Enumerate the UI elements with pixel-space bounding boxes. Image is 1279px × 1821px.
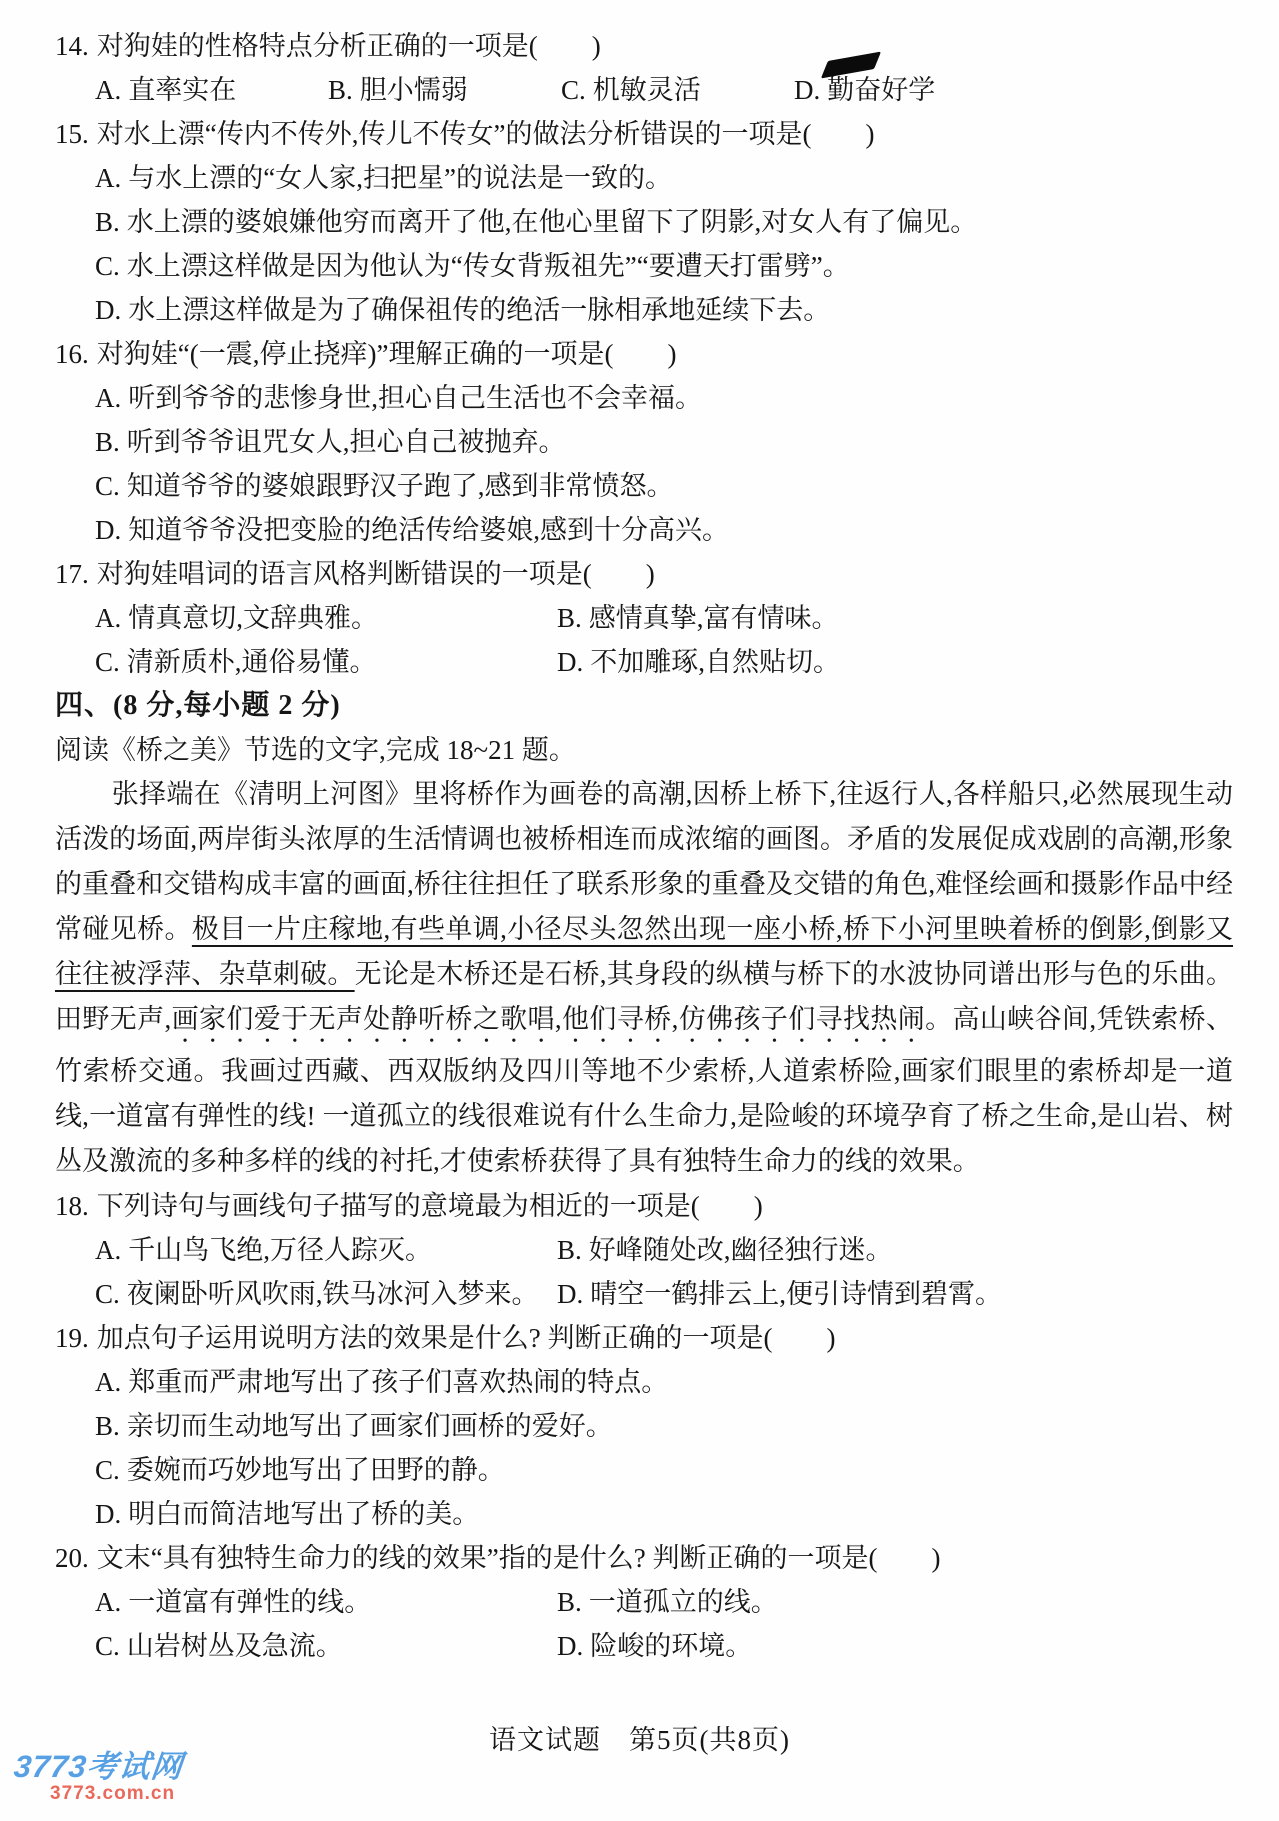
question-stem-line: 14.对狗娃的性格特点分析正确的一项是( ) <box>55 24 1233 68</box>
option-text: 知道爷爷的婆娘跟野汉子跑了,感到非常愤怒。 <box>127 471 674 501</box>
option-label: B. <box>328 75 353 105</box>
option-text: 水上漂的婆娘嫌他穷而离开了他,在他心里留下了阴影,对女人有了偏见。 <box>127 207 978 237</box>
options-19: A.郑重而严肃地写出了孩子们喜欢热闹的特点。B.亲切而生动地写出了画家们画桥的爱… <box>55 1360 1233 1536</box>
option-label: A. <box>95 75 121 105</box>
option-14-D: D.勤奋好学 <box>794 68 1233 112</box>
option-18-D: D.晴空一鹤排云上,便引诗情到碧霄。 <box>557 1272 1233 1316</box>
option-20-C: C.山岩树丛及急流。 <box>95 1624 557 1668</box>
question-number: 19. <box>55 1323 89 1353</box>
option-label: B. <box>95 1411 120 1441</box>
option-label: C. <box>95 471 120 501</box>
question-stem-line: 17.对狗娃唱词的语言风格判断错误的一项是( ) <box>55 552 1233 596</box>
watermark-3773: 3773考试网 3773.com.cn <box>14 1750 183 1805</box>
option-text: 委婉而巧妙地写出了田野的静。 <box>127 1455 505 1485</box>
question-15: 15.对水上漂“传内不传外,传儿不传女”的做法分析错误的一项是( )A.与水上漂… <box>55 112 1233 332</box>
question-14: 14.对狗娃的性格特点分析正确的一项是( )A.直率实在B.胆小懦弱C.机敏灵活… <box>55 24 1233 112</box>
option-label: C. <box>95 1279 120 1309</box>
option-text: 千山鸟飞绝,万径人踪灭。 <box>128 1235 432 1265</box>
option-20-D: D.险峻的环境。 <box>557 1624 1233 1668</box>
option-label: B. <box>557 1235 582 1265</box>
option-19-C: C.委婉而巧妙地写出了田野的静。 <box>95 1448 1233 1492</box>
option-text: 明白而简洁地写出了桥的美。 <box>128 1499 479 1529</box>
option-text: 机敏灵活 <box>593 75 701 105</box>
option-text: 直率实在 <box>128 75 236 105</box>
question-19: 19.加点句子运用说明方法的效果是什么? 判断正确的一项是( )A.郑重而严肃地… <box>55 1316 1233 1536</box>
question-stem: 文末“具有独特生命力的线的效果”指的是什么? 判断正确的一项是( ) <box>97 1543 941 1573</box>
question-stem-line: 16.对狗娃“(一震,停止挠痒)”理解正确的一项是( ) <box>55 332 1233 376</box>
option-15-D: D.水上漂这样做是为了确保祖传的绝活一脉相承地延续下去。 <box>95 288 1233 332</box>
option-text: 好峰随处改,幽径独行迷。 <box>589 1235 893 1265</box>
option-text: 听到爷爷的悲惨身世,担心自己生活也不会幸福。 <box>128 383 702 413</box>
option-label: D. <box>557 647 583 677</box>
question-stem: 对狗娃的性格特点分析正确的一项是( ) <box>97 31 601 61</box>
option-18-C: C.夜阑卧听风吹雨,铁马冰河入梦来。 <box>95 1272 557 1316</box>
question-stem-line: 20.文末“具有独特生命力的线的效果”指的是什么? 判断正确的一项是( ) <box>55 1536 1233 1580</box>
option-label: D. <box>95 1499 121 1529</box>
page-footer: 语文试题 第5页(共8页) <box>0 1718 1279 1757</box>
option-label: A. <box>95 383 121 413</box>
option-label: D. <box>557 1279 583 1309</box>
questions-14-17: 14.对狗娃的性格特点分析正确的一项是( )A.直率实在B.胆小懦弱C.机敏灵活… <box>55 24 1233 684</box>
question-stem: 下列诗句与画线句子描写的意境最为相近的一项是( ) <box>97 1191 763 1221</box>
question-stem-line: 15.对水上漂“传内不传外,传儿不传女”的做法分析错误的一项是( ) <box>55 112 1233 156</box>
option-17-B: B.感情真挚,富有情味。 <box>557 596 1233 640</box>
exam-content: 14.对狗娃的性格特点分析正确的一项是( )A.直率实在B.胆小懦弱C.机敏灵活… <box>0 0 1279 1668</box>
option-16-D: D.知道爷爷没把变脸的绝活传给婆娘,感到十分高兴。 <box>95 508 1233 552</box>
option-19-D: D.明白而简洁地写出了桥的美。 <box>95 1492 1233 1536</box>
option-16-B: B.听到爷爷诅咒女人,担心自己被抛弃。 <box>95 420 1233 464</box>
options-14: A.直率实在B.胆小懦弱C.机敏灵活D.勤奋好学 <box>55 68 1233 112</box>
option-15-A: A.与水上漂的“女人家,扫把星”的说法是一致的。 <box>95 156 1233 200</box>
option-text: 听到爷爷诅咒女人,担心自己被抛弃。 <box>127 427 566 457</box>
question-stem: 对水上漂“传内不传外,传儿不传女”的做法分析错误的一项是( ) <box>97 119 875 149</box>
options-15: A.与水上漂的“女人家,扫把星”的说法是一致的。B.水上漂的婆娘嫌他穷而离开了他… <box>55 156 1233 332</box>
options-18: A.千山鸟飞绝,万径人踪灭。B.好峰随处改,幽径独行迷。C.夜阑卧听风吹雨,铁马… <box>55 1228 1233 1316</box>
option-label: C. <box>95 251 120 281</box>
question-20: 20.文末“具有独特生命力的线的效果”指的是什么? 判断正确的一项是( )A.一… <box>55 1536 1233 1668</box>
option-label: A. <box>95 1235 121 1265</box>
option-text: 情真意切,文辞典雅。 <box>128 603 378 633</box>
questions-18-20: 18.下列诗句与画线句子描写的意境最为相近的一项是( )A.千山鸟飞绝,万径人踪… <box>55 1184 1233 1668</box>
option-text: 与水上漂的“女人家,扫把星”的说法是一致的。 <box>128 163 672 193</box>
question-stem: 对狗娃“(一震,停止挠痒)”理解正确的一项是( ) <box>97 339 677 369</box>
option-20-A: A.一道富有弹性的线。 <box>95 1580 557 1624</box>
option-text: 清新质朴,通俗易懂。 <box>127 647 377 677</box>
watermark-url: 3773.com.cn <box>50 1784 183 1805</box>
option-text: 水上漂这样做是为了确保祖传的绝活一脉相承地延续下去。 <box>128 295 830 325</box>
question-16: 16.对狗娃“(一震,停止挠痒)”理解正确的一项是( )A.听到爷爷的悲惨身世,… <box>55 332 1233 552</box>
option-label: C. <box>95 1455 120 1485</box>
option-label: A. <box>95 603 121 633</box>
options-17: A.情真意切,文辞典雅。B.感情真挚,富有情味。C.清新质朴,通俗易懂。D.不加… <box>55 596 1233 684</box>
option-text: 险峻的环境。 <box>590 1631 752 1661</box>
option-label: A. <box>95 163 121 193</box>
question-stem: 加点句子运用说明方法的效果是什么? 判断正确的一项是( ) <box>97 1323 836 1353</box>
question-number: 20. <box>55 1543 89 1573</box>
question-stem-line: 18.下列诗句与画线句子描写的意境最为相近的一项是( ) <box>55 1184 1233 1228</box>
option-14-A: A.直率实在 <box>95 68 328 112</box>
option-15-C: C.水上漂这样做是因为他认为“传女背叛祖先”“要遭天打雷劈”。 <box>95 244 1233 288</box>
option-label: D. <box>95 295 121 325</box>
passage-bridge-beauty: 张择端在《清明上河图》里将桥作为画卷的高潮,因桥上桥下,往返行人,各样船只,必然… <box>55 772 1233 1184</box>
option-16-C: C.知道爷爷的婆娘跟野汉子跑了,感到非常愤怒。 <box>95 464 1233 508</box>
option-label: B. <box>557 603 582 633</box>
option-text: 不加雕琢,自然贴切。 <box>590 647 840 677</box>
option-17-A: A.情真意切,文辞典雅。 <box>95 596 557 640</box>
exam-paper-page: 14.对狗娃的性格特点分析正确的一项是( )A.直率实在B.胆小懦弱C.机敏灵活… <box>0 0 1279 1821</box>
option-14-B: B.胆小懦弱 <box>328 68 561 112</box>
option-text: 知道爷爷没把变脸的绝活传给婆娘,感到十分高兴。 <box>128 515 729 545</box>
option-text: 水上漂这样做是因为他认为“传女背叛祖先”“要遭天打雷劈”。 <box>127 251 850 281</box>
option-label: C. <box>561 75 586 105</box>
option-20-B: B.一道孤立的线。 <box>557 1580 1233 1624</box>
option-text: 亲切而生动地写出了画家们画桥的爱好。 <box>127 1411 613 1441</box>
option-18-B: B.好峰随处改,幽径独行迷。 <box>557 1228 1233 1272</box>
question-stem-line: 19.加点句子运用说明方法的效果是什么? 判断正确的一项是( ) <box>55 1316 1233 1360</box>
option-17-D: D.不加雕琢,自然贴切。 <box>557 640 1233 684</box>
question-number: 14. <box>55 31 89 61</box>
question-number: 17. <box>55 559 89 589</box>
option-text: 勤奋好学 <box>827 75 935 105</box>
option-16-A: A.听到爷爷的悲惨身世,担心自己生活也不会幸福。 <box>95 376 1233 420</box>
option-text: 一道孤立的线。 <box>589 1587 778 1617</box>
option-17-C: C.清新质朴,通俗易懂。 <box>95 640 557 684</box>
option-text: 感情真挚,富有情味。 <box>589 603 839 633</box>
options-20: A.一道富有弹性的线。B.一道孤立的线。C.山岩树丛及急流。D.险峻的环境。 <box>55 1580 1233 1668</box>
option-text: 郑重而严肃地写出了孩子们喜欢热闹的特点。 <box>128 1367 668 1397</box>
option-19-B: B.亲切而生动地写出了画家们画桥的爱好。 <box>95 1404 1233 1448</box>
option-label: B. <box>557 1587 582 1617</box>
question-18: 18.下列诗句与画线句子描写的意境最为相近的一项是( )A.千山鸟飞绝,万径人踪… <box>55 1184 1233 1316</box>
option-label: B. <box>95 207 120 237</box>
option-label: D. <box>794 75 820 105</box>
option-label: A. <box>95 1367 121 1397</box>
option-text: 胆小懦弱 <box>360 75 468 105</box>
question-stem: 对狗娃唱词的语言风格判断错误的一项是( ) <box>97 559 655 589</box>
reading-instruction: 阅读《桥之美》节选的文字,完成 18~21 题。 <box>55 728 1233 772</box>
option-19-A: A.郑重而严肃地写出了孩子们喜欢热闹的特点。 <box>95 1360 1233 1404</box>
option-18-A: A.千山鸟飞绝,万径人踪灭。 <box>95 1228 557 1272</box>
question-number: 16. <box>55 339 89 369</box>
option-text: 山岩树丛及急流。 <box>127 1631 343 1661</box>
option-text: 晴空一鹤排云上,便引诗情到碧霄。 <box>590 1279 1002 1309</box>
option-15-B: B.水上漂的婆娘嫌他穷而离开了他,在他心里留下了阴影,对女人有了偏见。 <box>95 200 1233 244</box>
option-label: C. <box>95 1631 120 1661</box>
options-16: A.听到爷爷的悲惨身世,担心自己生活也不会幸福。B.听到爷爷诅咒女人,担心自己被… <box>55 376 1233 552</box>
question-number: 15. <box>55 119 89 149</box>
option-label: D. <box>557 1631 583 1661</box>
option-text: 夜阑卧听风吹雨,铁马冰河入梦来。 <box>127 1279 539 1309</box>
question-number: 18. <box>55 1191 89 1221</box>
question-17: 17.对狗娃唱词的语言风格判断错误的一项是( )A.情真意切,文辞典雅。B.感情… <box>55 552 1233 684</box>
watermark-site-name: 3773考试网 <box>12 1750 185 1784</box>
option-14-C: C.机敏灵活 <box>561 68 794 112</box>
option-label: C. <box>95 647 120 677</box>
option-label: A. <box>95 1587 121 1617</box>
option-label: D. <box>95 515 121 545</box>
section-four-heading: 四、(8 分,每小题 2 分) <box>55 684 1233 728</box>
option-label: B. <box>95 427 120 457</box>
option-text: 一道富有弹性的线。 <box>128 1587 371 1617</box>
passage-segment-dots: 画家们爱于无声处静听桥之歌唱,他们寻桥,仿佛孩子们寻找热闹 <box>171 1004 925 1034</box>
